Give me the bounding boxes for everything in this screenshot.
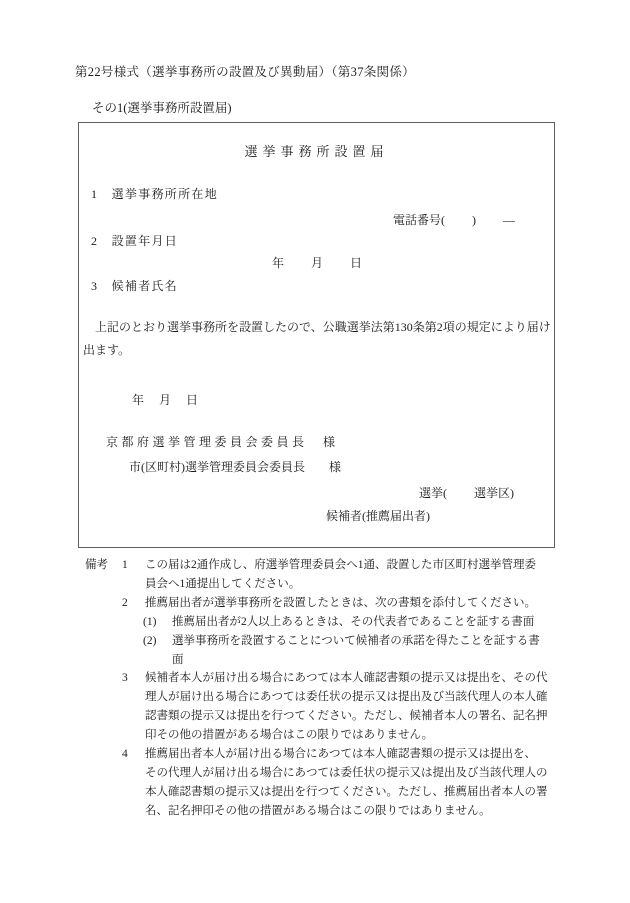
form-box: 選挙事務所設置届 1 選挙事務所所在地 電話番号( ) ― 2 設置年月日 年 … bbox=[78, 122, 555, 548]
remark-subitem-number: (2) bbox=[143, 632, 172, 651]
remark-item-number: 4 bbox=[122, 745, 145, 764]
field-candidate-name-label: 3 候補者氏名 bbox=[91, 277, 178, 294]
document-page: 第22号様式（選挙事務所の設置及び異動届）（第37条関係） その1(選挙事務所設… bbox=[0, 0, 630, 903]
field-office-address-label: 1 選挙事務所所在地 bbox=[91, 185, 218, 202]
remark-item-2-sub-1: (1) 推薦届出者が2人以上あるときは、その代表者であることを証する書面 bbox=[85, 613, 567, 632]
addressee-prefecture-commission: 京都府選挙管理委員会委員長 様 bbox=[106, 433, 339, 450]
remark-item-number: 3 bbox=[122, 669, 145, 688]
remark-item-text: 候補者本人が届け出る場合にあつては本人確認書類の提示又は提出を、その代 理人が届… bbox=[145, 669, 567, 745]
remarks-label: 備考 bbox=[85, 556, 122, 575]
remark-item-2-sub-2: (2) 選挙事務所を設置することについて候補者の承諾を得たことを証する書 面 bbox=[85, 632, 567, 670]
submission-date-blank: 年 月 日 bbox=[132, 391, 198, 408]
declaration-text: 上記のとおり選挙事務所を設置したので、公職選挙法第130条第2項の規定により届け… bbox=[83, 316, 553, 362]
remark-item-text: この届は2通作成し、府選挙管理委員会へ1通、設置した市区町村選挙管理委 員会へ1… bbox=[145, 556, 567, 594]
establishment-date-blank: 年 月 日 bbox=[272, 254, 362, 271]
remark-item-number: 2 bbox=[122, 594, 145, 613]
candidate-signature-label: 候補者(推薦届出者) bbox=[326, 507, 430, 524]
remark-item-number: 1 bbox=[122, 556, 145, 575]
remark-item-1: 備考 1 この届は2通作成し、府選挙管理委員会へ1通、設置した市区町村選挙管理委… bbox=[85, 556, 567, 594]
addressee-municipal-commission: 市(区町村)選挙管理委員会委員長 様 bbox=[129, 458, 341, 475]
remark-item-3: 3 候補者本人が届け出る場合にあつては本人確認書類の提示又は提出を、その代 理人… bbox=[85, 669, 567, 745]
remark-subitem-number: (1) bbox=[143, 613, 172, 632]
field-establishment-date-label: 2 設置年月日 bbox=[91, 232, 178, 249]
remark-item-text: 推薦届出者が選挙事務所を設置したときは、次の書類を添付してください。 bbox=[145, 594, 567, 613]
form-title: 選挙事務所設置届 bbox=[79, 141, 554, 160]
remark-item-text: 推薦届出者本人が届け出る場合にあつては本人確認書類の提示又は提出を、 その代理人… bbox=[145, 745, 567, 821]
election-name-blank: 選挙( 選挙区) bbox=[419, 484, 514, 501]
remark-subitem-text: 選挙事務所を設置することについて候補者の承諾を得たことを証する書 面 bbox=[172, 632, 552, 670]
form-number-heading: 第22号様式（選挙事務所の設置及び異動届）（第37条関係） bbox=[75, 62, 415, 80]
phone-number-blank: 電話番号( ) ― bbox=[393, 211, 515, 228]
remark-subitem-text: 推薦届出者が2人以上あるときは、その代表者であることを証する書面 bbox=[172, 613, 552, 632]
remarks-section: 備考 1 この届は2通作成し、府選挙管理委員会へ1通、設置した市区町村選挙管理委… bbox=[85, 556, 567, 821]
remark-item-4: 4 推薦届出者本人が届け出る場合にあつては本人確認書類の提示又は提出を、 その代… bbox=[85, 745, 567, 821]
form-part-heading: その1(選挙事務所設置届) bbox=[92, 98, 232, 116]
remark-item-2: 2 推薦届出者が選挙事務所を設置したときは、次の書類を添付してください。 bbox=[85, 594, 567, 613]
